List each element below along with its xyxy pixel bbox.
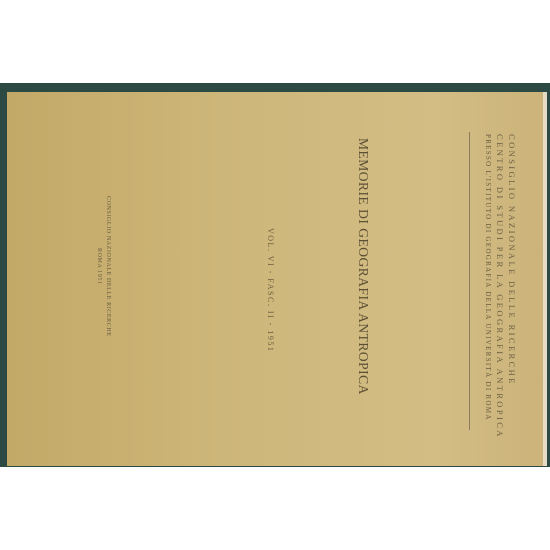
header-line-1: CONSIGLIO NAZIONALE DELLE RICERCHE: [506, 134, 518, 439]
cover-header: CONSIGLIO NAZIONALE DELLE RICERCHE CENTR…: [482, 134, 518, 439]
publisher-line-1: CONSIGLIO NAZIONALE DELLE RICERCHE: [103, 196, 112, 337]
book-cover: [7, 92, 543, 466]
header-line-3: PRESSO L'ISTITUTO DI GEOGRAFIA DELLA UNI…: [482, 134, 494, 439]
volume-info: VOL. VI - FASC. II - 1951: [266, 228, 275, 352]
cover-title: MEMORIE DI GEOGRAFIA ANTROPICA: [355, 138, 371, 395]
page-edge: [543, 92, 547, 466]
publisher-block: CONSIGLIO NAZIONALE DELLE RICERCHE ROMA …: [94, 196, 112, 337]
header-rule: [469, 132, 470, 430]
publisher-line-2: ROMA 1951: [94, 196, 103, 337]
header-line-2: CENTRO DI STUDI PER LA GEOGRAFIA ANTROPI…: [494, 134, 506, 439]
